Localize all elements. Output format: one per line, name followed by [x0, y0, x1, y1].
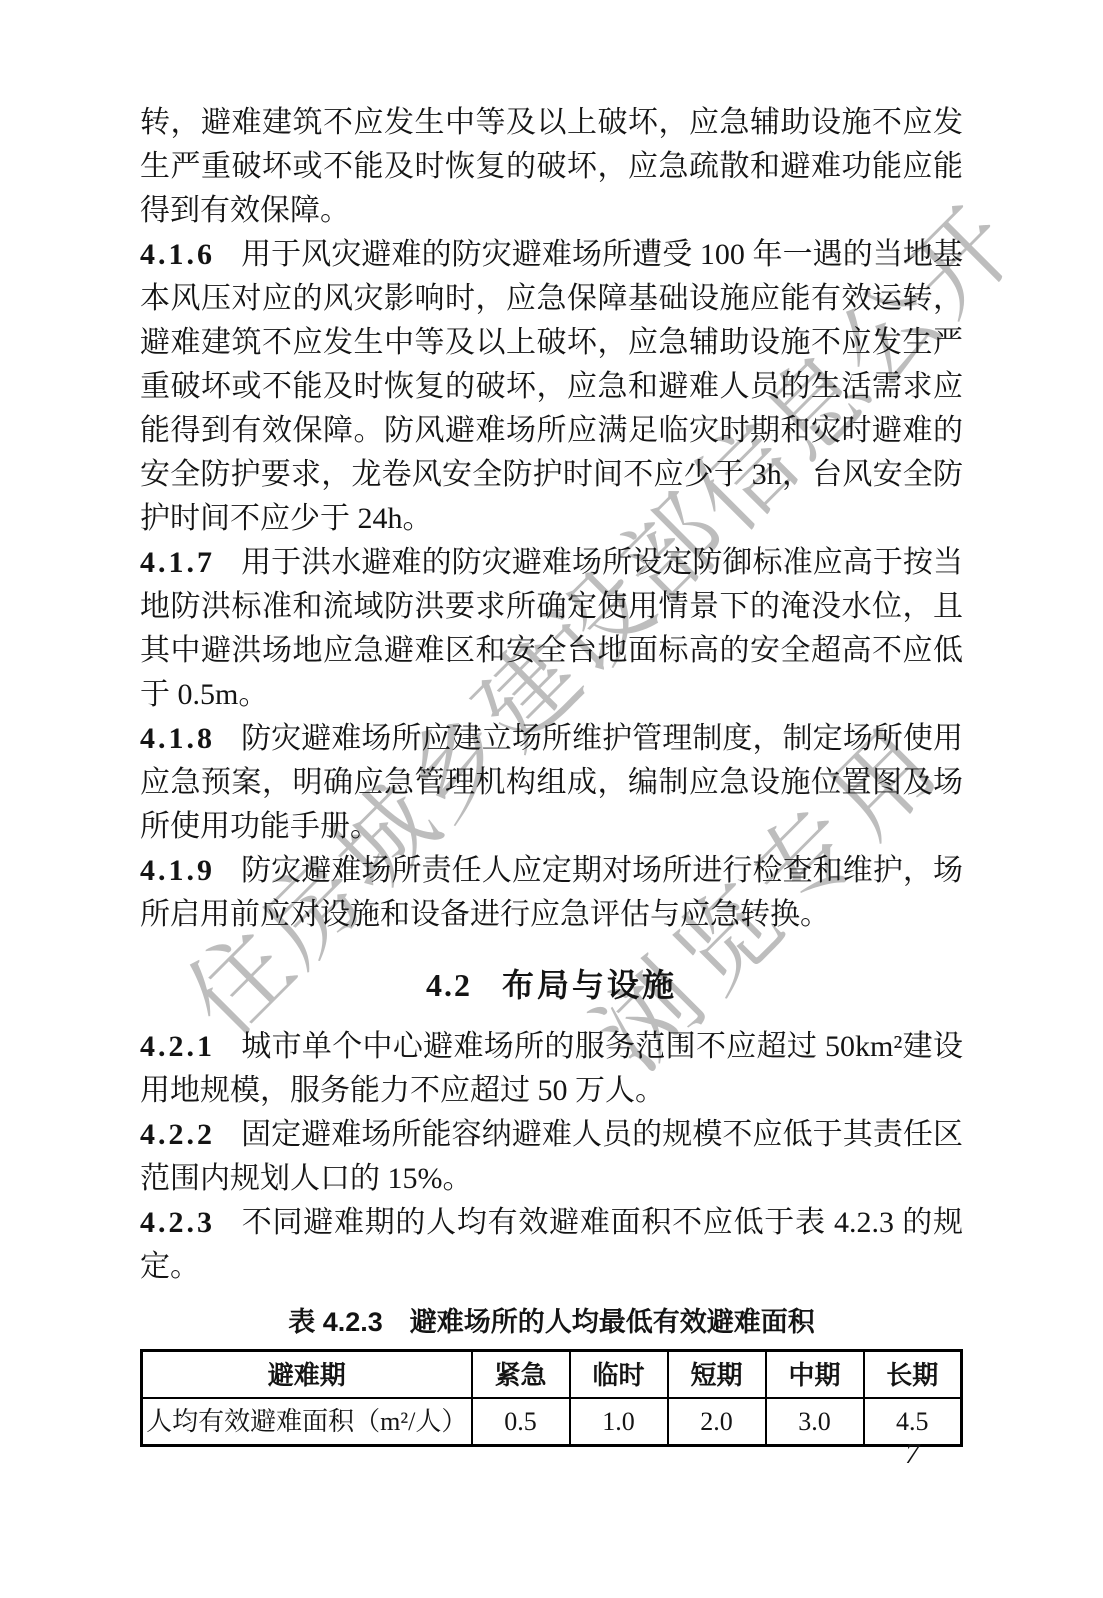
table-header-row: 避难期 紧急 临时 短期 中期 长期 — [142, 1351, 962, 1399]
table-4-2-3: 避难期 紧急 临时 短期 中期 长期 人均有效避难面积（m²/人） 0.5 1.… — [140, 1349, 963, 1447]
clause-4-1-6: 4.1.6用于风灾避难的防灾避难场所遭受 100 年一遇的当地基本风压对应的风灾… — [140, 233, 963, 541]
clause-number: 4.2.3 — [140, 1206, 215, 1239]
clause-text: 用于洪水避难的防灾避难场所设定防御标准应高于按当地防洪标准和流域防洪要求所确定使… — [140, 546, 963, 711]
table-value-cell: 0.5 — [472, 1398, 570, 1446]
table-value-cell: 2.0 — [668, 1398, 766, 1446]
clause-number: 4.2.1 — [140, 1030, 215, 1063]
clause-number: 4.2.2 — [140, 1118, 215, 1151]
paragraph-continuation: 转，避难建筑不应发生中等及以上破坏，应急辅助设施不应发生严重破坏或不能及时恢复的… — [140, 101, 963, 233]
table-value-cell: 1.0 — [570, 1398, 668, 1446]
clause-text: 城市单个中心避难场所的服务范围不应超过 50km²建设用地规模，服务能力不应超过… — [140, 1030, 963, 1107]
section-number: 4.2 — [426, 967, 472, 1003]
clause-text: 用于风灾避难的防灾避难场所遭受 100 年一遇的当地基本风压对应的风灾影响时，应… — [140, 238, 963, 535]
clause-4-2-2: 4.2.2固定避难场所能容纳避难人员的规模不应低于其责任区范围内规划人口的 15… — [140, 1113, 963, 1201]
table-header-cell: 短期 — [668, 1351, 766, 1399]
document-page: 住房城乡建设部信息公开 浏览专用 转，避难建筑不应发生中等及以上破坏，应急辅助设… — [0, 0, 1103, 1598]
clause-text: 防灾避难场所应建立场所维护管理制度，制定场所使用应急预案，明确应急管理机构组成，… — [140, 722, 963, 843]
table-header-cell: 紧急 — [472, 1351, 570, 1399]
clause-4-2-3: 4.2.3不同避难期的人均有效避难面积不应低于表 4.2.3 的规定。 — [140, 1201, 963, 1289]
table-caption: 表 4.2.3 避难场所的人均最低有效避难面积 — [140, 1305, 963, 1339]
clause-number: 4.1.8 — [140, 722, 215, 755]
section-title: 布局与设施 — [502, 967, 677, 1003]
page-number: 7 — [905, 1438, 920, 1471]
table-header-cell: 临时 — [570, 1351, 668, 1399]
clause-number: 4.1.6 — [140, 238, 215, 271]
clause-text: 不同避难期的人均有效避难面积不应低于表 4.2.3 的规定。 — [140, 1206, 963, 1283]
clause-text: 防灾避难场所责任人应定期对场所进行检查和维护，场所启用前应对设施和设备进行应急评… — [140, 854, 963, 931]
clause-number: 4.1.7 — [140, 546, 215, 579]
document-body: 转，避难建筑不应发生中等及以上破坏，应急辅助设施不应发生严重破坏或不能及时恢复的… — [140, 101, 963, 1447]
table-header-cell: 避难期 — [142, 1351, 472, 1399]
clause-4-1-7: 4.1.7用于洪水避难的防灾避难场所设定防御标准应高于按当地防洪标准和流域防洪要… — [140, 541, 963, 717]
clause-text: 固定避难场所能容纳避难人员的规模不应低于其责任区范围内规划人口的 15%。 — [140, 1118, 963, 1195]
table-row-label: 人均有效避难面积（m²/人） — [142, 1398, 472, 1446]
table-header-cell: 中期 — [766, 1351, 864, 1399]
clause-number: 4.1.9 — [140, 854, 215, 887]
table-value-cell: 3.0 — [766, 1398, 864, 1446]
clause-4-2-1: 4.2.1城市单个中心避难场所的服务范围不应超过 50km²建设用地规模，服务能… — [140, 1025, 963, 1113]
table-header-cell: 长期 — [864, 1351, 962, 1399]
clause-4-1-9: 4.1.9防灾避难场所责任人应定期对场所进行检查和维护，场所启用前应对设施和设备… — [140, 849, 963, 937]
table-data-row: 人均有效避难面积（m²/人） 0.5 1.0 2.0 3.0 4.5 — [142, 1398, 962, 1446]
section-heading-4-2: 4.2布局与设施 — [140, 963, 963, 1007]
clause-4-1-8: 4.1.8防灾避难场所应建立场所维护管理制度，制定场所使用应急预案，明确应急管理… — [140, 717, 963, 849]
